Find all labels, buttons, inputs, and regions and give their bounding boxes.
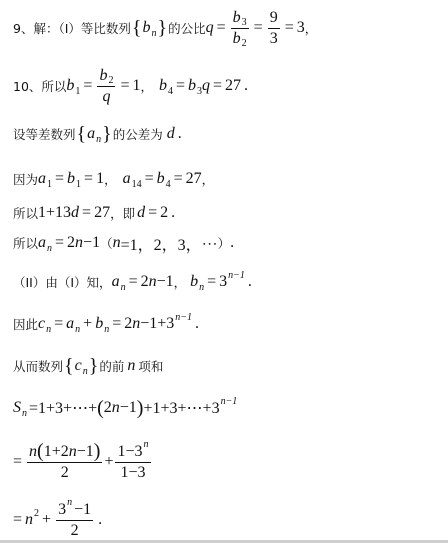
value: 2: [160, 204, 168, 222]
coef: 2: [67, 234, 75, 252]
punct: .: [178, 125, 182, 143]
sub: 3: [197, 86, 202, 97]
const: −1: [74, 501, 91, 519]
value: 27: [225, 77, 241, 95]
const: −1: [157, 273, 174, 291]
punct: .: [248, 273, 252, 291]
var-n: n: [112, 399, 120, 417]
fraction-geo-sum: 1−3n 1−3: [115, 442, 150, 483]
const: −1: [83, 234, 100, 252]
line-text: 所以: [13, 204, 38, 222]
equals: =: [145, 170, 154, 188]
line-text: 因为: [13, 170, 38, 188]
equals: =: [174, 170, 183, 188]
exponent: n: [144, 439, 149, 450]
punct: .: [244, 77, 248, 95]
var-n: n: [75, 234, 83, 252]
coef: 2: [124, 315, 132, 333]
fraction-9-3: 9 3: [268, 8, 280, 49]
arith-seq-line: 设等差数列 {an} 的公差为 d .: [13, 124, 182, 144]
var: a: [38, 170, 46, 188]
sub: n: [22, 408, 27, 419]
var: b: [66, 77, 74, 95]
var-S: S: [13, 399, 21, 417]
punct: .: [195, 315, 199, 333]
seq-var: b: [143, 19, 151, 37]
paren: ）: [218, 234, 231, 252]
punct: ，: [174, 273, 187, 291]
list: =1，2，3，⋯: [121, 232, 218, 255]
line-text: 因此: [13, 315, 38, 333]
var: a: [123, 170, 131, 188]
expr: +1+3+⋯+3: [143, 398, 219, 418]
so-d-line: 所以 1+13d = 27 ，即 d = 2 .: [13, 203, 175, 223]
sub: 1: [47, 179, 52, 190]
expr: =1+3+⋯+: [29, 398, 97, 418]
paren: ): [137, 397, 144, 420]
den: q: [100, 87, 112, 107]
sub: n: [47, 243, 52, 254]
line-text: ，即: [110, 204, 135, 222]
punct: ，: [202, 170, 215, 188]
left-brace: {: [77, 123, 87, 146]
fraction-arith-sum: n(1+2n−1) 2: [27, 442, 102, 483]
num-var: b: [233, 9, 241, 27]
paren: (: [97, 397, 104, 420]
seq-sub: n: [152, 28, 157, 39]
punct: ，: [305, 19, 318, 37]
plus: +: [104, 453, 113, 471]
value: 1: [132, 77, 140, 95]
line-text: 设等差数列: [13, 125, 76, 143]
var-n: n: [113, 234, 121, 252]
sub: 4: [168, 86, 173, 97]
equals: =: [83, 77, 92, 95]
solution-9-ratio-line: 9、解：（I）等比数列 {bn} 的公比 q = b3 b2 = 9 3 = 3…: [13, 8, 317, 48]
sn-fraction-line: = n(1+2n−1) 2 + 1−3n 1−3: [13, 440, 153, 484]
punct: .: [171, 204, 175, 222]
seq-var: c: [75, 357, 82, 375]
equals: =: [129, 273, 138, 291]
line-text: （II）由（I）知，: [13, 273, 112, 291]
value: 27: [186, 170, 202, 188]
den-var: b: [233, 30, 241, 48]
sn-result-line: = n2 + 3n−1 2 .: [13, 498, 102, 542]
sub: 1: [75, 86, 80, 97]
var: a: [66, 315, 74, 333]
fraction-b3-b2: b3 b2: [231, 8, 249, 49]
var-n: n: [127, 357, 135, 375]
sub: 1: [76, 179, 81, 190]
sub: n: [104, 324, 109, 335]
line-text: 所以: [13, 234, 38, 252]
exponent: n−1: [175, 312, 192, 323]
equals: =: [207, 273, 216, 291]
den: 2: [59, 463, 71, 483]
var: c: [38, 315, 45, 333]
line-text: 9、解：（I）等比数列: [13, 19, 131, 37]
var-d: d: [137, 204, 145, 222]
num-sub: 2: [108, 75, 113, 86]
left-brace: {: [132, 17, 142, 40]
var: b: [67, 170, 75, 188]
punct: .: [98, 511, 102, 529]
sub: 4: [166, 179, 171, 190]
line-text: 项和: [138, 357, 163, 375]
value: 1: [96, 170, 104, 188]
base: 3: [219, 273, 227, 291]
var: b: [188, 77, 196, 95]
left-brace: {: [64, 355, 74, 378]
var-q: q: [202, 77, 210, 95]
coef: 2: [104, 399, 112, 417]
line-text: 从而数列: [13, 357, 63, 375]
equals: =: [13, 511, 22, 529]
const: −1: [77, 443, 94, 461]
expr: 1+2: [44, 443, 69, 461]
equals: =: [254, 19, 263, 37]
den: 3: [268, 29, 280, 49]
base: 3: [58, 501, 66, 519]
equals: =: [112, 315, 121, 333]
an-formula-line: 所以 an = 2n−1 （ n=1，2，3，⋯ ） .: [13, 233, 234, 253]
cn-formula-line: 因此 cn = an + bn = 2n−1+3n−1 .: [13, 314, 199, 334]
right-brace: }: [102, 123, 112, 146]
equals: =: [82, 204, 91, 222]
sub: n: [199, 282, 204, 293]
var: a: [112, 273, 120, 291]
num: 9: [268, 8, 280, 28]
fraction-b2-q: b2 q: [97, 66, 115, 107]
exponent: n−1: [228, 270, 245, 281]
exponent: 2: [34, 508, 39, 519]
punct: ，: [104, 170, 117, 188]
expr: 1−3: [117, 443, 142, 461]
paren: （: [100, 234, 113, 252]
line-text: 10、所以: [13, 77, 66, 95]
equals: =: [285, 19, 294, 37]
because-line: 因为 a1 = b1 = 1 ， a14 = b4 = 27 ，: [13, 169, 214, 189]
result: 3: [297, 19, 305, 37]
equals: =: [148, 204, 157, 222]
var-n: n: [149, 273, 157, 291]
expr: −1+3: [140, 315, 174, 333]
coef: 2: [141, 273, 149, 291]
const: −1: [120, 399, 137, 417]
num-var: b: [99, 67, 107, 85]
line-text: 的公比: [168, 19, 206, 37]
equals: =: [54, 315, 63, 333]
sub: n: [75, 324, 80, 335]
var: b: [157, 170, 165, 188]
var: a: [38, 234, 46, 252]
plus: +: [83, 315, 92, 333]
var-q: q: [206, 19, 214, 37]
den: 2: [69, 521, 81, 541]
equals: =: [55, 170, 64, 188]
var: b: [159, 77, 167, 95]
sub: 14: [132, 179, 142, 190]
part-2-line: （II）由（I）知， an = 2n−1 ， bn = 3n−1 .: [13, 272, 252, 292]
equals: =: [13, 453, 22, 471]
equals: =: [55, 234, 64, 252]
var-d: d: [167, 125, 175, 143]
punct: .: [230, 234, 234, 252]
line-text: 的公差为: [113, 125, 163, 143]
var-n: n: [132, 315, 140, 333]
var-n: n: [69, 443, 77, 461]
seq-sub: n: [83, 366, 88, 377]
paren: (: [37, 440, 44, 463]
var: b: [190, 273, 198, 291]
var-n: n: [29, 443, 37, 461]
equals: =: [120, 77, 129, 95]
sub: n: [121, 282, 126, 293]
punct: ，: [140, 77, 153, 95]
sn-expansion-line: Sn =1+3+⋯+ (2n−1) +1+3+⋯+3n−1: [13, 398, 237, 418]
sub: n: [46, 324, 51, 335]
right-brace: }: [158, 17, 168, 40]
var: b: [95, 315, 103, 333]
equals: =: [217, 19, 226, 37]
equals: =: [213, 77, 222, 95]
paren: ): [94, 440, 101, 463]
sum-intro-line: 从而数列 {cn} 的前 n 项和: [13, 356, 163, 376]
equals: =: [176, 77, 185, 95]
fraction-result: 3n−1 2: [56, 500, 93, 541]
right-brace: }: [89, 355, 99, 378]
line-text: 的前: [99, 357, 124, 375]
plus: +: [42, 511, 51, 529]
value: 27: [94, 204, 110, 222]
den-sub: 2: [242, 38, 247, 49]
equals: =: [84, 170, 93, 188]
num-sub: 3: [242, 17, 247, 28]
var-d: d: [71, 204, 79, 222]
seq-sub: n: [96, 134, 101, 145]
den: 1−3: [118, 463, 147, 483]
b1-b4-line: 10、所以 b1 = b2 q = 1 ， b4 = b3q = 27 .: [13, 66, 248, 106]
exponent: n: [67, 497, 72, 508]
exponent: n−1: [221, 396, 238, 407]
var-n: n: [25, 511, 33, 529]
seq-var: a: [87, 125, 95, 143]
expr: 1+13: [38, 204, 71, 222]
